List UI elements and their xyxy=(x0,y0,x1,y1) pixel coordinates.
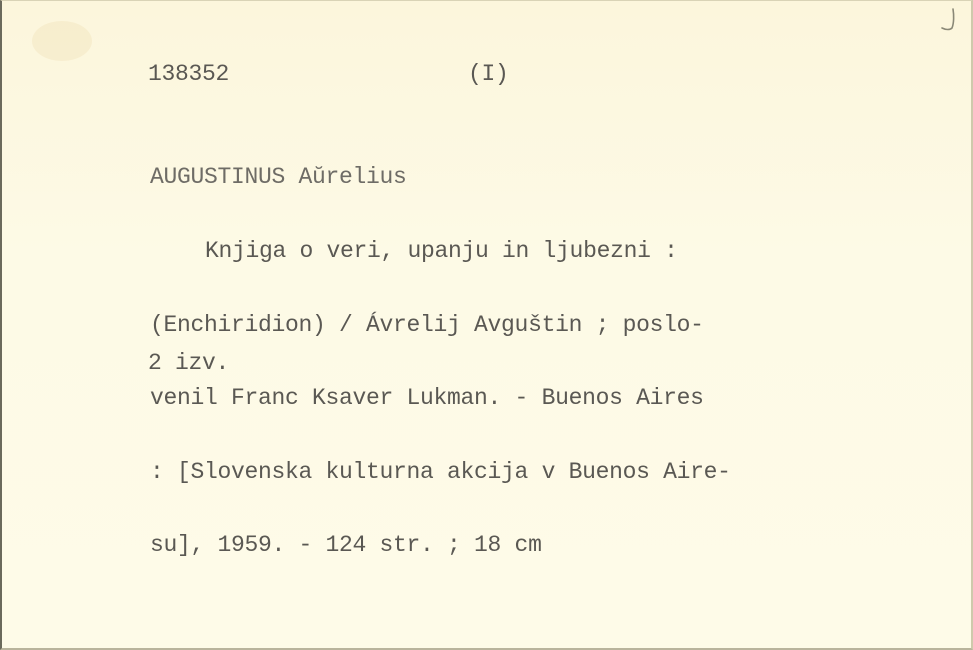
copies-note: 2 izv. xyxy=(148,351,229,376)
description-line: (Enchiridion) / Ávrelij Avguštin ; poslo… xyxy=(150,313,731,338)
description-line: su], 1959. - 124 str. ; 18 cm xyxy=(150,533,731,558)
description-line: venil Franc Ksaver Lukman. - Buenos Aire… xyxy=(150,386,731,411)
description-line: : [Slovenska kulturna akcija v Buenos Ai… xyxy=(150,460,731,485)
copy-designation: (I) xyxy=(468,62,509,87)
checkmark-icon xyxy=(937,5,959,35)
paper-stain xyxy=(32,21,92,61)
accession-number: 138352 xyxy=(148,62,229,87)
catalog-card: 138352 (I) AUGUSTINUS Aŭrelius Knjiga o … xyxy=(0,0,973,650)
author-heading: AUGUSTINUS Aŭrelius xyxy=(150,165,407,190)
title-line: Knjiga o veri, upanju in ljubezni : xyxy=(150,239,731,264)
bibliographic-description: Knjiga o veri, upanju in ljubezni : (Enc… xyxy=(150,190,731,607)
